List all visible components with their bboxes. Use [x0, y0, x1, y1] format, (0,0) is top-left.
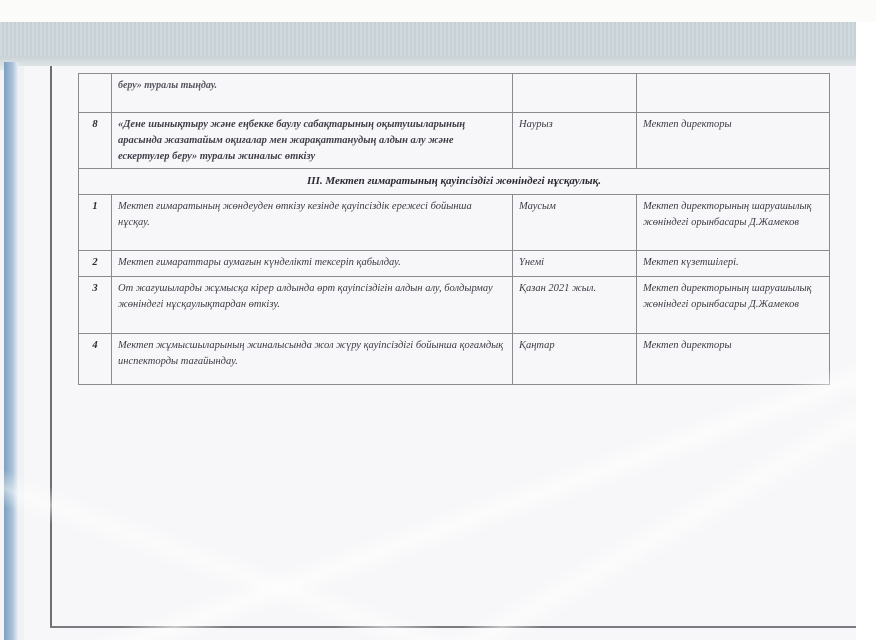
row-number: 8 [79, 113, 112, 169]
row-description: От жағушыларды жұмысқа кірер алдында өрт… [112, 277, 513, 334]
row-description: Мектеп жұмысшыларының жиналысында жол жү… [112, 334, 513, 385]
row-number: 3 [79, 277, 112, 334]
row-term: Үнемі [513, 251, 637, 277]
row-responsible: Мектеп директорының шаруашылық жөніндегі… [637, 277, 830, 334]
table-row: 3 От жағушыларды жұмысқа кірер алдында ө… [79, 277, 830, 334]
row-responsible [637, 74, 830, 113]
row-responsible: Мектеп директорының шаруашылық жөніндегі… [637, 195, 830, 251]
row-term: Қазан 2021 жыл. [513, 277, 637, 334]
row-term: Наурыз [513, 113, 637, 169]
row-description: Мектеп ғимаратының жөндеуден өткізу кезі… [112, 195, 513, 251]
plan-table: беру» туралы тыңдау. 8 «Дене шынықтыру ж… [78, 73, 830, 385]
section-title: III. Мектеп ғимаратының қауіпсіздігі жөн… [79, 169, 830, 195]
table-row: 8 «Дене шынықтыру және еңбекке баулу саб… [79, 113, 830, 169]
row-number [79, 74, 112, 113]
scan-top-margin [0, 0, 876, 23]
scan-right-margin [856, 22, 876, 640]
table-row: 4 Мектеп жұмысшыларының жиналысында жол … [79, 334, 830, 385]
table-row-continued: беру» туралы тыңдау. [79, 74, 830, 113]
row-responsible: Мектеп директоры [637, 334, 830, 385]
table-row: 2 Мектеп ғимараттары аумағын күнделікті … [79, 251, 830, 277]
row-number: 1 [79, 195, 112, 251]
row-responsible: Мектеп күзетшілері. [637, 251, 830, 277]
binder-band [0, 22, 876, 70]
frame-line-left [50, 66, 52, 626]
row-term: Маусым [513, 195, 637, 251]
row-term: Қаңтар [513, 334, 637, 385]
row-responsible: Мектеп директоры [637, 113, 830, 169]
row-description: Мектеп ғимараттары аумағын күнделікті те… [112, 251, 513, 277]
table-row: 1 Мектеп ғимаратының жөндеуден өткізу ке… [79, 195, 830, 251]
row-description: «Дене шынықтыру және еңбекке баулу сабақ… [112, 113, 513, 169]
row-number: 2 [79, 251, 112, 277]
folder-edge [4, 62, 18, 640]
row-description: беру» туралы тыңдау. [112, 74, 513, 113]
frame-line-bottom [50, 626, 856, 628]
row-number: 4 [79, 334, 112, 385]
section-header-row: III. Мектеп ғимаратының қауіпсіздігі жөн… [79, 169, 830, 195]
row-term [513, 74, 637, 113]
